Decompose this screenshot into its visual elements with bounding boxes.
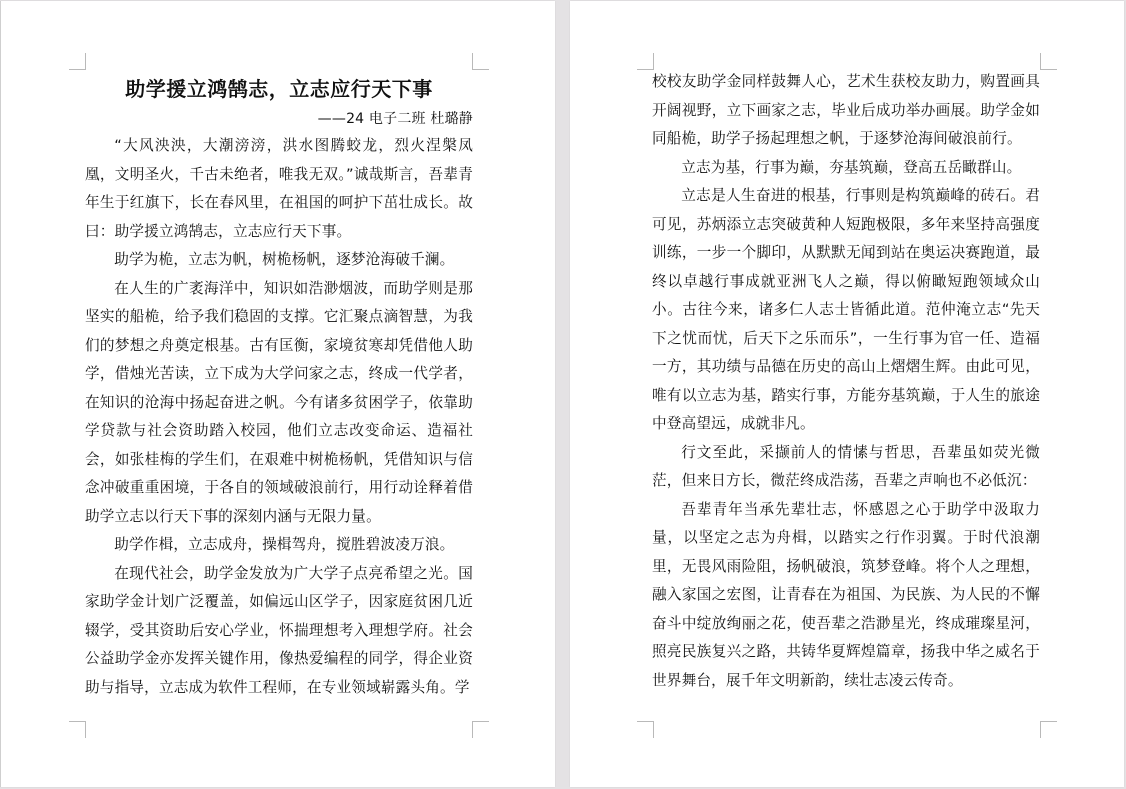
margin-corner-mark (472, 721, 489, 738)
paragraph: 立志是人生奋进的根基，行事则是构筑巅峰的砖石。君可见，苏炳添立志突破黄种人短跑极… (652, 182, 1040, 439)
author-byline: ——24 电子二班 杜璐静 (85, 106, 473, 132)
page-2[interactable]: 校校友助学金同样鼓舞人心，艺术生获校友助力，购置画具开阔视野，立下画家之志，毕业… (570, 1, 1124, 787)
paragraph: 在人生的广袤海洋中，知识如浩渺烟波，而助学则是那坚实的船桅，给予我们稳固的支撑。… (85, 275, 473, 532)
page-1-body[interactable]: 助学援立鸿鹄志，立志应行天下事 ——24 电子二班 杜璐静 “大风泱泱，大潮滂滂… (85, 74, 473, 702)
paragraph: 行文至此，采撷前人的情愫与哲思，吾辈虽如荧光微茫，但来日方长，微茫终成浩荡，吾辈… (652, 439, 1040, 496)
page-2-body[interactable]: 校校友助学金同样鼓舞人心，艺术生获校友助力，购置画具开阔视野，立下画家之志，毕业… (652, 68, 1040, 695)
section-heading-line: 助学为桅，立志为帆，树桅杨帆，逐梦沧海破千澜。 (85, 246, 473, 275)
margin-corner-mark (472, 53, 489, 70)
margin-corner-mark (69, 721, 86, 738)
margin-corner-mark (1040, 53, 1057, 70)
page-1[interactable]: 助学援立鸿鹄志，立志应行天下事 ——24 电子二班 杜璐静 “大风泱泱，大潮滂滂… (0, 1, 555, 787)
document-title: 助学援立鸿鹄志，立志应行天下事 (85, 74, 473, 104)
margin-corner-mark (1040, 721, 1057, 738)
paragraph: “大风泱泱，大潮滂滂，洪水图腾蛟龙，烈火涅槃凤凰，文明圣火，千古未绝者，唯我无双… (85, 132, 473, 246)
paragraph-continuation: 校校友助学金同样鼓舞人心，艺术生获校友助力，购置画具开阔视野，立下画家之志，毕业… (652, 68, 1040, 154)
margin-corner-mark (637, 721, 654, 738)
paragraph: 吾辈青年当承先辈壮志，怀感恩之心于助学中汲取力量，以坚定之志为舟楫，以踏实之行作… (652, 496, 1040, 696)
section-heading-line: 助学作楫，立志成舟，操楫驾舟，搅胜碧波凌万浪。 (85, 531, 473, 560)
document-viewport[interactable]: 助学援立鸿鹄志，立志应行天下事 ——24 电子二班 杜璐静 “大风泱泱，大潮滂滂… (0, 0, 1126, 789)
paragraph: 在现代社会，助学金发放为广大学子点亮希望之光。国家助学金计划广泛覆盖，如偏远山区… (85, 560, 473, 703)
margin-corner-mark (69, 53, 86, 70)
section-heading-line: 立志为基，行事为巅，夯基筑巅，登高五岳瞰群山。 (652, 154, 1040, 183)
